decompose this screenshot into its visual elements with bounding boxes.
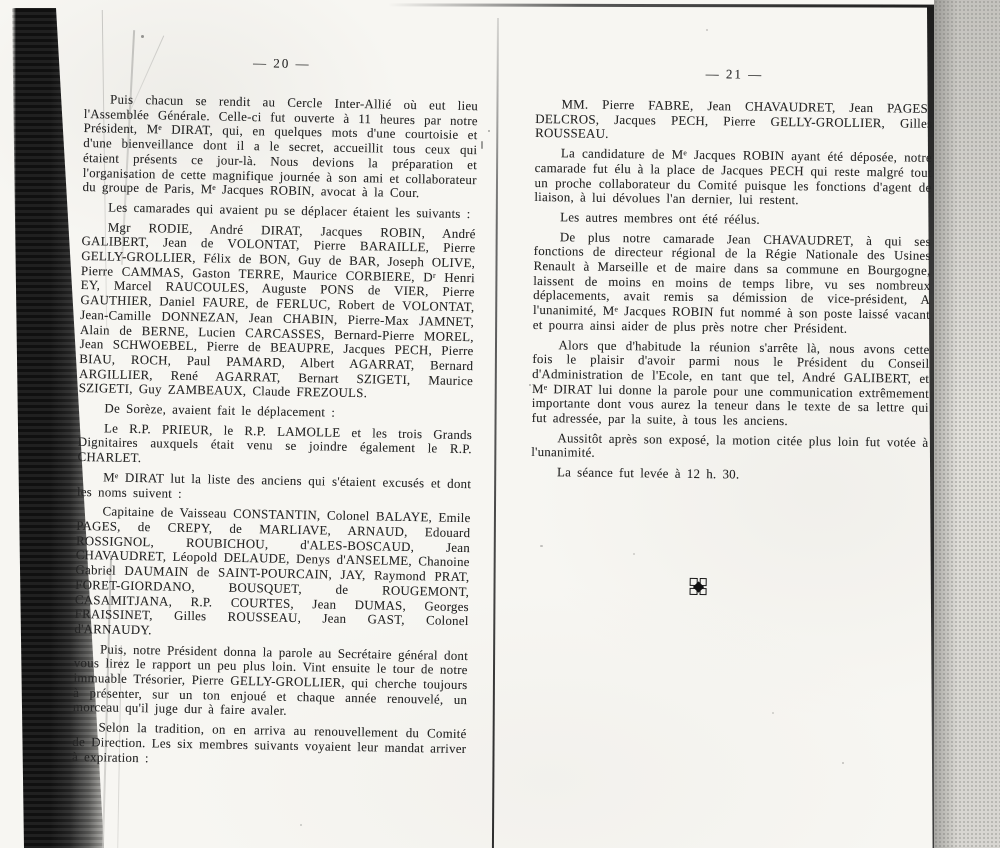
paragraph-reelected: Les autres membres ont été réélus. (534, 210, 931, 230)
paragraph-excused-list: Capitaine de Vaisseau CONSTANTIN, Colone… (74, 504, 470, 644)
scan-speck (141, 35, 144, 38)
paragraph-committee-renewal: Selon la tradition, on en arriva au reno… (72, 720, 467, 771)
scan-speck (842, 762, 844, 764)
scan-speck (772, 712, 774, 714)
scan-speck (481, 141, 483, 149)
paragraph-intro-attendees: Les camarades qui avaient pu se déplacer… (82, 200, 476, 222)
scanner-background-texture (934, 0, 1000, 848)
quatrefoil-ornament-icon (690, 578, 707, 595)
scan-speck (706, 29, 708, 31)
left-page: — 20 — Puis chacun se rendit au Cercle I… (72, 52, 479, 776)
center-binding-line (492, 18, 499, 848)
paragraph-vice-president: De plus notre camarade Jean CHAVAUDRET, … (533, 230, 931, 338)
page-number: — 20 — (85, 52, 479, 75)
right-page: — 21 — MM. Pierre FABRE, Jean CHAVAUDRET… (531, 64, 933, 490)
paragraph-communication: Alors que d'habitude la réunion s'arrête… (532, 338, 930, 431)
scan-speck (529, 384, 531, 386)
page-number: — 21 — (536, 64, 933, 85)
scan-speck (300, 824, 302, 826)
paragraph-closing: La séance fut levée à 12 h. 30. (531, 465, 928, 485)
paragraph-treasurer: Puis, notre Président donna la parole au… (73, 642, 468, 723)
paragraph-attendees-list: Mgr RODIE, André DIRAT, Jacques ROBIN, A… (79, 220, 476, 404)
paragraph-soreze: De Sorèze, avaient fait le déplacement : (78, 401, 472, 423)
scan-speck (540, 545, 543, 547)
paragraph-dignitaries: Le R.P. PRIEUR, le R.P. LAMOLLE et les t… (77, 421, 472, 472)
scan-speck (633, 553, 635, 555)
paragraph-candidature: La candidature de Mᵉ Jacques ROBIN ayant… (534, 146, 932, 210)
paragraph-opening: Puis chacun se rendit au Cercle Inter-Al… (82, 92, 478, 202)
paragraph-intro-excused: Mᵉ DIRAT lut la liste des anciens qui s'… (77, 470, 471, 507)
paragraph-mandate-list: MM. Pierre FABRE, Jean CHAVAUDRET, Jean … (535, 97, 933, 146)
scanned-book-spread: — 20 — Puis chacun se rendit au Cercle I… (0, 0, 1000, 848)
paragraph-motion: Aussitôt après son exposé, la motion cit… (531, 431, 928, 465)
scan-speck (488, 130, 490, 132)
page-top-edge (388, 3, 938, 7)
